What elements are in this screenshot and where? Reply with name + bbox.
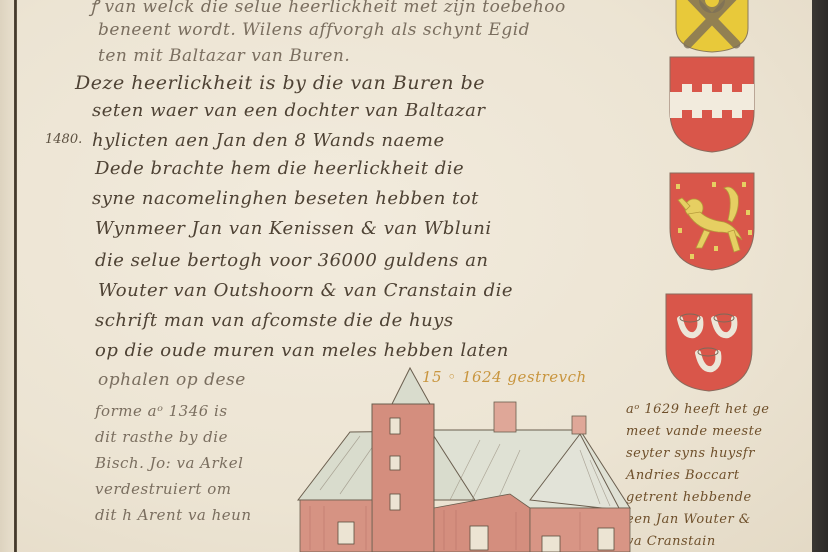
text-line: die selue bertogh voor 36000 guldens an [95,250,489,271]
castle-illustration [280,360,640,552]
text-line: ꝭ van welck die selue heerlickheit met z… [90,0,566,17]
text-line: beneent wordt. Wilens affvorgh als schyn… [98,20,530,40]
text-line: Dede brachte hem die heerlickheit die [95,158,464,179]
coat-of-arms-horns-icon [664,291,754,393]
manuscript-page: 1480. ꝭ van welck die selue heerlickheit… [0,0,812,552]
binding-gutter [14,0,17,552]
coat-of-arms-embattled-icon [668,54,756,154]
lower-left-note-line: verdestruiert om [95,480,231,498]
lower-left-note-line: forme aᵒ 1346 is [95,402,228,420]
coat-of-arms-lion-icon [668,170,756,272]
text-line: op die oude muren van meles hebben laten [95,340,509,361]
dark-frame-edge [812,0,828,552]
lower-right-note-line: Andries Boccart [626,468,740,483]
text-line: Deze heerlickheit is by die van Buren be [75,72,485,94]
lower-right-note-line: seyter syns huysfr [626,446,755,461]
text-line: syne nacomelinghen beseten hebben tot [92,188,479,209]
previous-page-edge [0,0,14,552]
text-line: ten mit Baltazar van Buren. [98,46,350,66]
lower-right-note-line: getrent hebbende [626,490,752,505]
text-line: hylicten aen Jan den 8 Wands naeme [92,130,445,151]
lower-right-note-line: meet vande meeste [626,424,763,439]
text-line: ophalen op dese [98,370,246,390]
margin-year: 1480. [45,132,82,147]
lower-left-note-line: Bisch. Jo: va Arkel [95,454,243,472]
coat-of-arms-yellow-icon [674,0,750,54]
text-line: schrift man van afcomste die de huys [95,310,454,331]
text-line: seten waer van een dochter van Baltazar [92,100,486,121]
lower-left-note-line: dit h Arent va heun [95,506,252,524]
lower-left-note-line: dit rasthe by die [95,428,228,446]
text-line: Wouter van Outshoorn & van Cranstain die [98,280,513,301]
lower-right-note-line: aᵒ 1629 heeft het ge [626,402,769,417]
lower-right-note-line: een Jan Wouter & [626,512,751,527]
text-line: Wynmeer Jan van Kenissen & van Wbluni [95,218,492,239]
